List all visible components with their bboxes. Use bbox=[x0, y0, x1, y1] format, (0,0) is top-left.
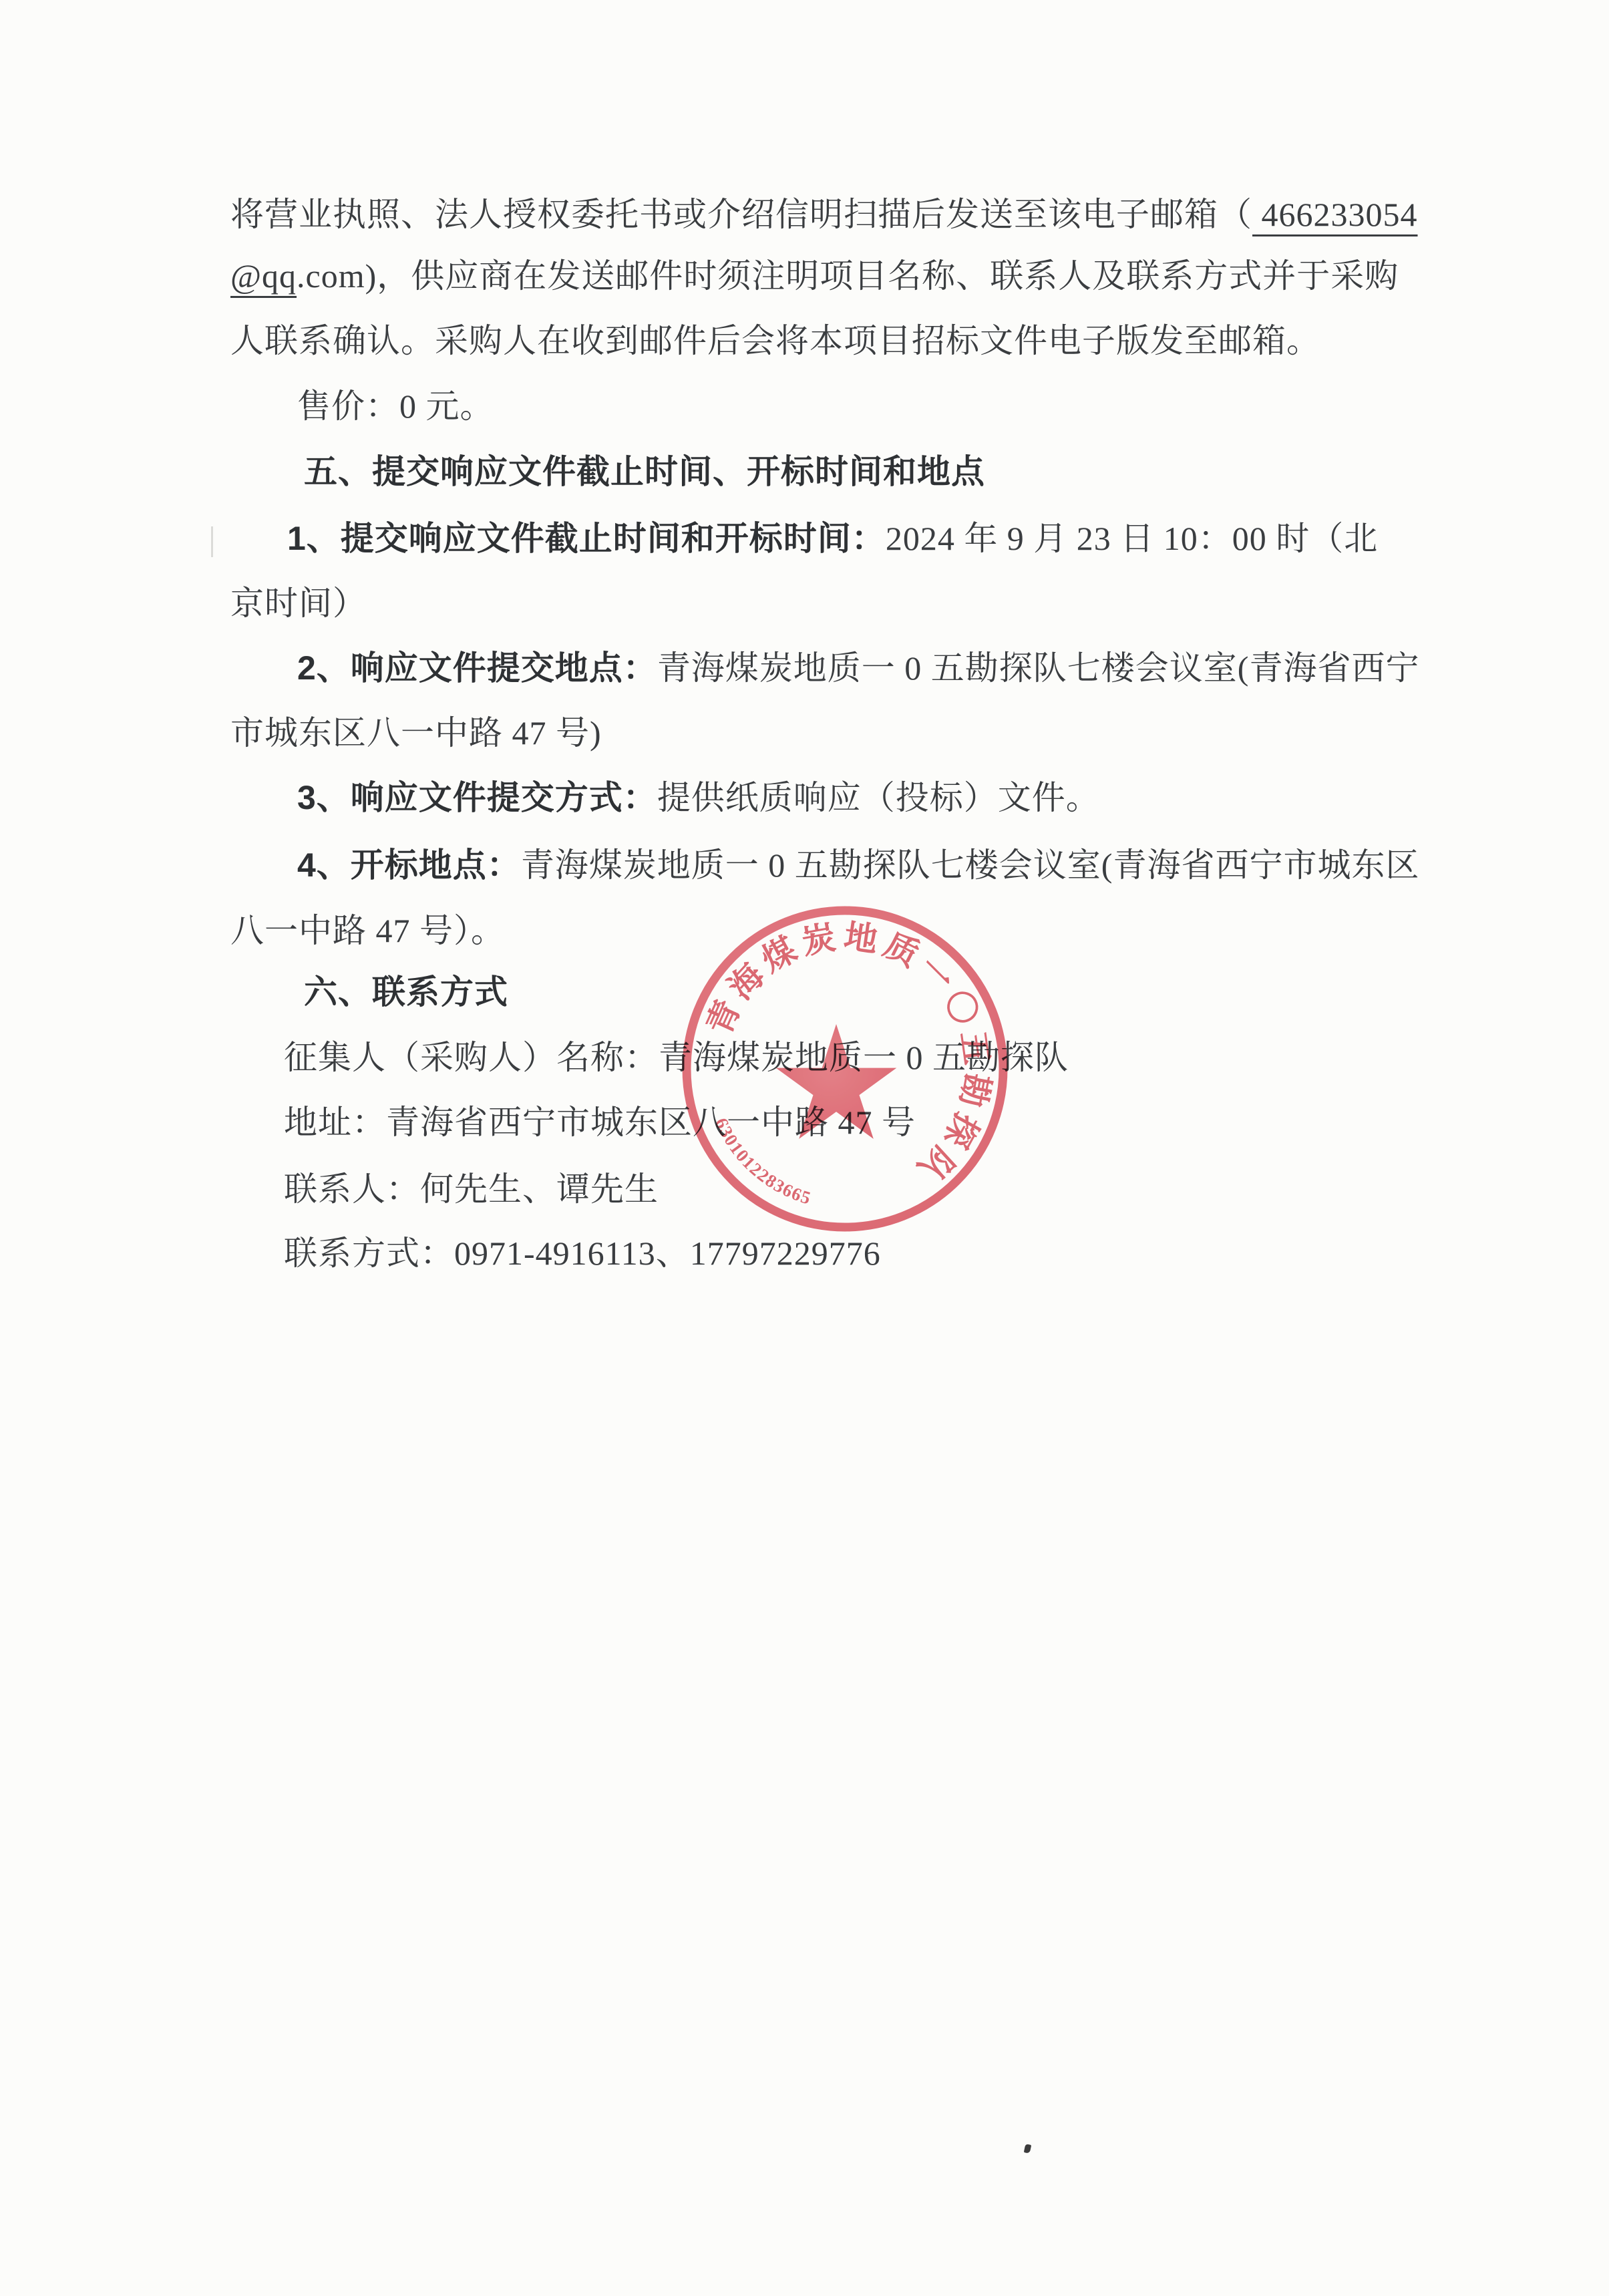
document-line: @qq.com)，供应商在发送邮件时须注明项目名称、联系人及联系方式并于采购 bbox=[230, 255, 1399, 297]
document-line: 八一中路 47 号）。 bbox=[230, 910, 505, 951]
body-text: 青海煤炭地质一 0 五勘探队七楼会议室(青海省西宁市城东区 bbox=[521, 846, 1420, 884]
body-text: 八一中路 47 号）。 bbox=[230, 912, 505, 949]
bold-label: 五、提交响应文件截止时间、开标时间和地点 bbox=[304, 453, 985, 490]
document-line: 六、联系方式 bbox=[304, 971, 508, 1013]
document-line: 市城东区八一中路 47 号) bbox=[230, 712, 602, 754]
document-line: 联系人：何先生、谭先生 bbox=[284, 1168, 659, 1210]
document-line: 3、响应文件提交方式：提供纸质响应（投标）文件。 bbox=[297, 777, 1100, 818]
body-text: 京时间） bbox=[230, 585, 367, 622]
scan-artifact bbox=[211, 526, 213, 557]
body-text: 将营业执照、法人授权委托书或介绍信明扫描后发送至该电子邮箱（ bbox=[230, 196, 1252, 233]
document-line: 人联系确认。采购人在收到邮件后会将本项目招标文件电子版发至邮箱。 bbox=[230, 320, 1320, 361]
body-text: 提供纸质响应（投标）文件。 bbox=[657, 779, 1100, 816]
body-text: 联系人：何先生、谭先生 bbox=[284, 1170, 659, 1208]
body-text: .com)，供应商在发送邮件时须注明项目名称、联系人及联系方式并于采购 bbox=[297, 257, 1399, 295]
seal-number: 6301012283665 bbox=[711, 1115, 814, 1208]
document-line: 售价：0 元。 bbox=[297, 385, 494, 427]
document-line: 4、开标地点：青海煤炭地质一 0 五勘探队七楼会议室(青海省西宁市城东区 bbox=[297, 844, 1419, 886]
ink-speck bbox=[1024, 2144, 1032, 2154]
document-line: 1、提交响应文件截止时间和开标时间：2024 年 9 月 23 日 10：00 … bbox=[287, 518, 1378, 559]
underlined-text: 466233054 bbox=[1252, 196, 1418, 233]
bold-label: 4、开标地点： bbox=[297, 846, 521, 884]
star-icon bbox=[776, 1024, 897, 1139]
document-line: 2、响应文件提交地点：青海煤炭地质一 0 五勘探队七楼会议室(青海省西宁 bbox=[297, 647, 1419, 689]
document-line: 将营业执照、法人授权委托书或介绍信明扫描后发送至该电子邮箱（ 466233054 bbox=[230, 194, 1418, 235]
bold-label: 1、提交响应文件截止时间和开标时间： bbox=[287, 520, 886, 557]
document-line: 五、提交响应文件截止时间、开标时间和地点 bbox=[304, 451, 985, 492]
official-seal: 青海煤炭地质一〇五勘探队 6301012283665 bbox=[671, 895, 1019, 1243]
body-text: 售价：0 元。 bbox=[297, 387, 494, 425]
document-line: 京时间） bbox=[230, 583, 367, 624]
body-text: 人联系确认。采购人在收到邮件后会将本项目招标文件电子版发至邮箱。 bbox=[230, 322, 1320, 359]
page: 将营业执照、法人授权委托书或介绍信明扫描后发送至该电子邮箱（ 466233054… bbox=[0, 0, 1609, 2296]
bold-label: 2、响应文件提交地点： bbox=[297, 649, 657, 687]
bold-label: 3、响应文件提交方式： bbox=[297, 779, 657, 816]
body-text: 青海煤炭地质一 0 五勘探队七楼会议室(青海省西宁 bbox=[657, 649, 1420, 687]
bold-label: 六、联系方式 bbox=[304, 973, 508, 1011]
underlined-text: @qq bbox=[230, 257, 297, 295]
body-text: 2024 年 9 月 23 日 10：00 时（北 bbox=[886, 520, 1379, 557]
body-text: 市城东区八一中路 47 号) bbox=[230, 714, 602, 752]
